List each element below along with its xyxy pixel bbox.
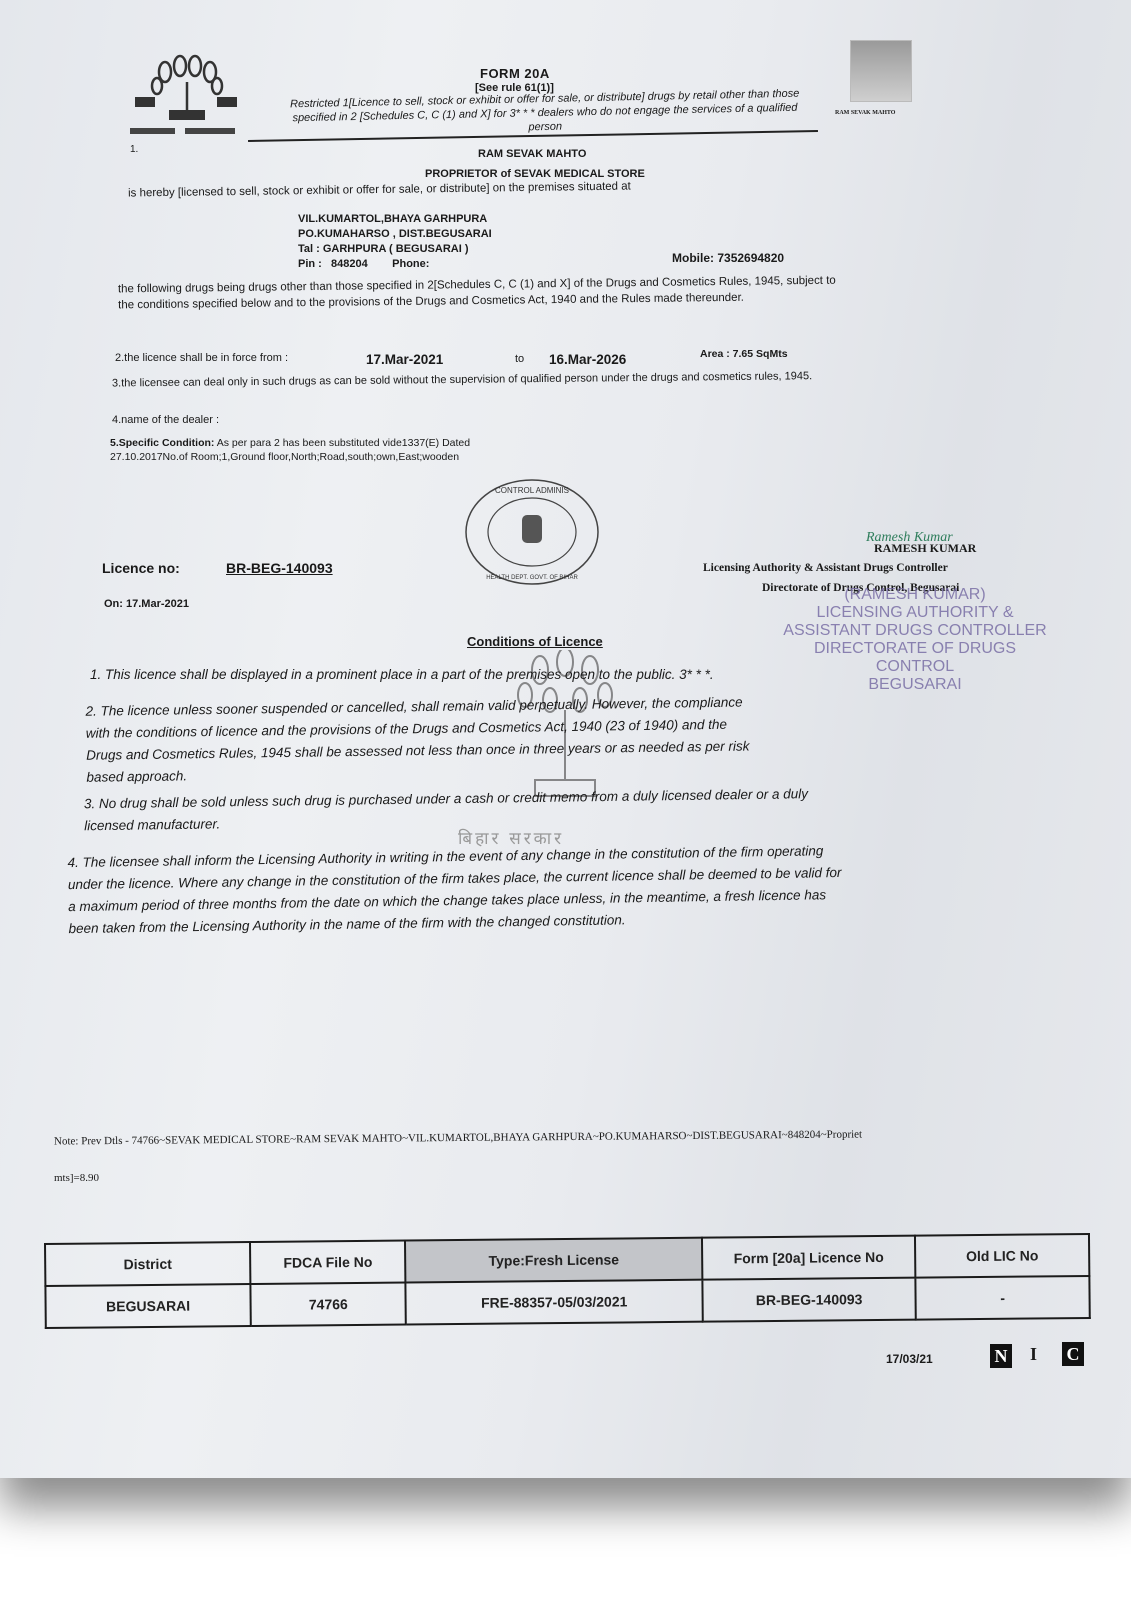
condition-4: 4. The licensee shall inform the Licensi… bbox=[67, 840, 848, 940]
authority-name: RAMESH KUMAR bbox=[874, 541, 976, 556]
drugs-paragraph: the following drugs being drugs other th… bbox=[118, 273, 838, 314]
licence-summary-table: District FDCA File No Type:Fresh License… bbox=[44, 1233, 1091, 1329]
issue-date: On: 17.Mar-2021 bbox=[104, 598, 189, 610]
authority-stamp: (RAMESH KUMAR) LICENSING AUTHORITY & ASS… bbox=[775, 586, 1055, 694]
valid-from-date: 17.Mar-2021 bbox=[366, 352, 443, 367]
mobile-label: Mobile: bbox=[672, 251, 714, 265]
table-row: BEGUSARAI 74766 FRE-88357-05/03/2021 BR-… bbox=[45, 1276, 1089, 1328]
cell-licence-type: FRE-88357-05/03/2021 bbox=[406, 1280, 703, 1325]
clause-4-dealer-name: 4.name of the dealer : bbox=[112, 414, 219, 426]
address-line: VIL.KUMARTOL,BHAYA GARHPURA bbox=[298, 212, 492, 227]
condition-1: 1. This licence shall be displayed in a … bbox=[90, 664, 714, 686]
print-date: 17/03/21 bbox=[886, 1352, 933, 1366]
to-label: to bbox=[515, 353, 524, 365]
mobile-value: 7352694820 bbox=[717, 251, 784, 265]
drugs-control-seal-icon: CONTROL ADMINIS HEALTH DEPT. GOVT. OF BI… bbox=[462, 477, 602, 587]
header-licence-type: Type:Fresh License bbox=[405, 1238, 702, 1283]
bihar-emblem-icon bbox=[125, 52, 245, 142]
mobile-number: Mobile: 7352694820 bbox=[672, 251, 784, 265]
licensee-photo bbox=[850, 40, 912, 102]
clause-5-specific-condition: 5.Specific Condition: As per para 2 has … bbox=[110, 436, 470, 464]
address-line: Tal : GARHPURA ( BEGUSARAI ) bbox=[298, 242, 492, 257]
cell-form-licence-no: BR-BEG-140093 bbox=[702, 1278, 916, 1322]
cell-fdca-file-no: 74766 bbox=[250, 1283, 406, 1326]
authority-title: Licensing Authority & Assistant Drugs Co… bbox=[703, 562, 948, 574]
nic-logo-i: I bbox=[1030, 1344, 1037, 1365]
clause-3: 3.the licensee can deal only in such dru… bbox=[112, 367, 972, 390]
licence-document-page: 1. FORM 20A [See rule 61(1)] Restricted … bbox=[0, 0, 1131, 1478]
form-title: FORM 20A bbox=[480, 66, 550, 81]
hereby-text: is hereby [licensed to sell, stock or ex… bbox=[128, 180, 631, 199]
svg-text:CONTROL ADMINIS: CONTROL ADMINIS bbox=[495, 486, 569, 495]
item-number: 1. bbox=[130, 144, 138, 155]
stamp-line: BEGUSARAI bbox=[775, 676, 1055, 694]
header-fdca-file-no: FDCA File No bbox=[250, 1241, 406, 1284]
header-form-licence-no: Form [20a] Licence No bbox=[702, 1236, 916, 1280]
premises-area: Area : 7.65 SqMts bbox=[700, 348, 788, 360]
cell-old-lic-no: - bbox=[916, 1276, 1090, 1320]
previous-details-note: Note: Prev Dtls - 74766~SEVAK MEDICAL ST… bbox=[54, 1128, 862, 1147]
issue-date-label: On: bbox=[104, 598, 123, 610]
header-old-lic-no: Old LIC No bbox=[915, 1234, 1089, 1278]
previous-details-note-cont: mts]=8.90 bbox=[54, 1172, 99, 1184]
licence-number-label: Licence no: bbox=[102, 560, 180, 576]
stamp-line: (RAMESH KUMAR) bbox=[775, 586, 1055, 604]
specific-condition-label: 5.Specific Condition: bbox=[110, 437, 214, 449]
address-line: Pin : 848204 Phone: bbox=[298, 257, 492, 272]
validity-label: 2.the licence shall be in force from : bbox=[115, 352, 288, 364]
address-line: PO.KUMAHARSO , DIST.BEGUSARAI bbox=[298, 227, 492, 242]
header-district: District bbox=[45, 1242, 250, 1286]
stamp-line: LICENSING AUTHORITY & bbox=[775, 604, 1055, 622]
licence-number: BR-BEG-140093 bbox=[226, 560, 333, 576]
conditions-title: Conditions of Licence bbox=[467, 634, 603, 649]
nic-logo-c: C bbox=[1062, 1342, 1084, 1366]
photo-caption: RAM SEVAK MAHTO bbox=[835, 110, 895, 116]
nic-logo-n: N bbox=[990, 1344, 1012, 1368]
specific-condition-text: As per para 2 has been substituted vide1… bbox=[214, 437, 470, 449]
stamp-line: ASSISTANT DRUGS CONTROLLER bbox=[775, 622, 1055, 640]
cell-district: BEGUSARAI bbox=[45, 1284, 250, 1328]
issue-date-value: 17.Mar-2021 bbox=[126, 598, 189, 610]
premises-address: VIL.KUMARTOL,BHAYA GARHPURA PO.KUMAHARSO… bbox=[298, 212, 492, 272]
licensee-name: RAM SEVAK MAHTO bbox=[478, 148, 586, 160]
stamp-line: DIRECTORATE OF DRUGS CONTROL bbox=[775, 640, 1055, 676]
svg-text:HEALTH DEPT. GOVT. OF BIHAR: HEALTH DEPT. GOVT. OF BIHAR bbox=[486, 575, 578, 581]
proprietor-line: PROPRIETOR of SEVAK MEDICAL STORE bbox=[425, 168, 645, 180]
condition-2: 2. The licence unless sooner suspended o… bbox=[85, 691, 766, 788]
valid-to-date: 16.Mar-2026 bbox=[549, 352, 626, 367]
specific-condition-text-2: 27.10.2017No.of Room;1,Ground floor,Nort… bbox=[110, 451, 459, 463]
